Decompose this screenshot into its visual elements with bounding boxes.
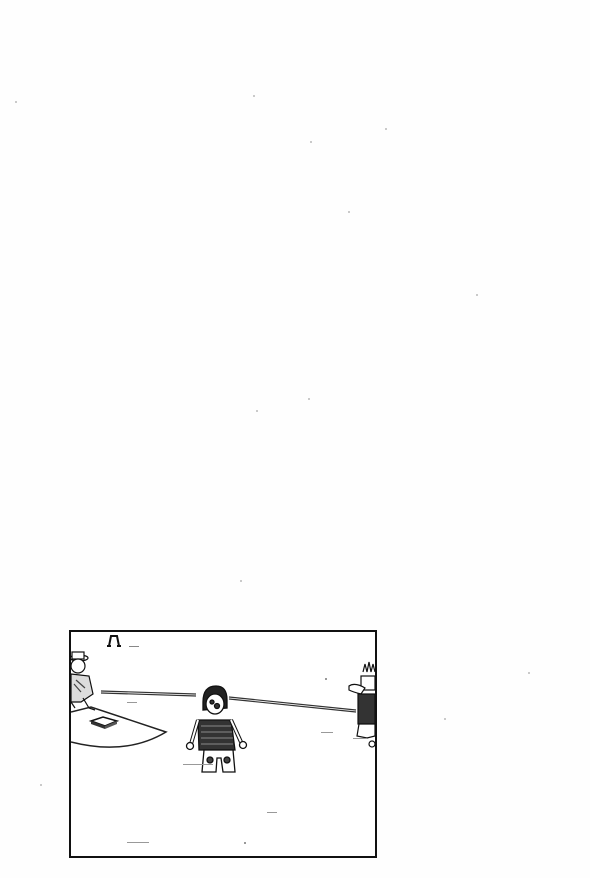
scan-speck — [240, 580, 242, 582]
scanned-page — [0, 0, 590, 878]
foul-line — [101, 691, 356, 712]
scan-speck — [256, 410, 258, 412]
scan-speck — [528, 672, 530, 674]
umpire — [71, 652, 95, 710]
fielder-feet — [107, 636, 121, 646]
scan-speck — [310, 141, 312, 143]
scan-speck — [40, 784, 42, 786]
catcher — [187, 686, 247, 772]
batter-box-arc — [71, 707, 166, 747]
scan-speck — [308, 398, 310, 400]
scan-speck — [476, 294, 478, 296]
scan-speck — [444, 718, 446, 720]
scan-speck — [253, 95, 255, 97]
scan-speck — [385, 128, 387, 130]
scan-speck — [348, 211, 350, 213]
batter — [349, 662, 375, 747]
game-screenshot — [69, 630, 377, 858]
home-plate — [91, 717, 117, 729]
scan-speck — [15, 101, 17, 103]
